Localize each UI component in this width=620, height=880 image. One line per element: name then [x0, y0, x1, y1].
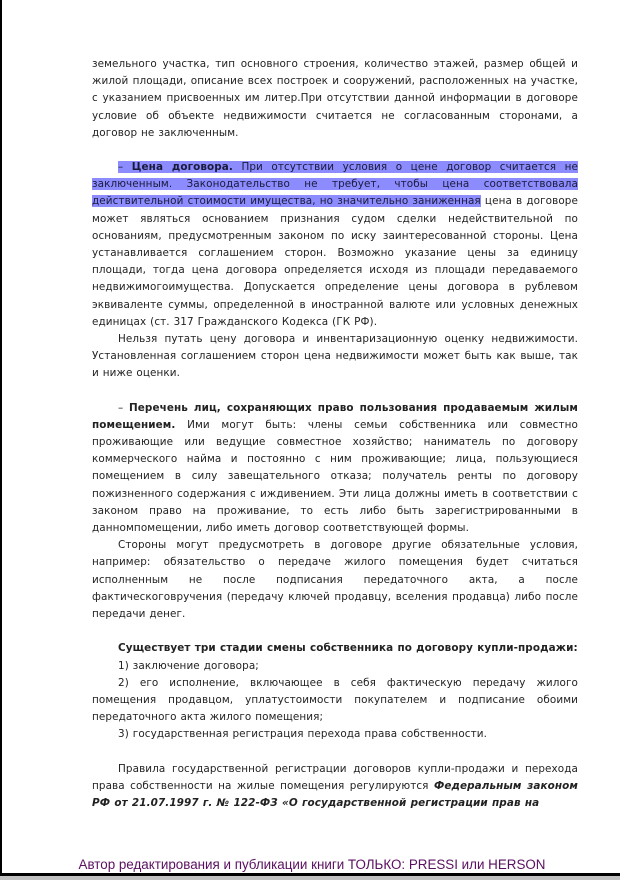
list-dash: –: [118, 402, 129, 414]
document-page: земельного участка, тип основного строен…: [0, 0, 620, 876]
stage-item-2: 2) его исполнение, включающее в себя фак…: [92, 675, 578, 727]
list-dash: –: [118, 161, 132, 173]
paragraph-inventory-valuation: Нельзя путать цену договора и инвентариз…: [92, 331, 578, 383]
paragraph-persons-list: – Перечень лиц, сохраняющих право пользо…: [92, 400, 578, 538]
document-body: земельного участка, тип основного строен…: [92, 56, 578, 812]
spacer: [92, 142, 578, 159]
paragraph-other-conditions: Стороны могут предусмотреть в договоре д…: [92, 537, 578, 623]
stage-item-3: 3) государственная регистрация перехода …: [92, 726, 578, 743]
spacer: [92, 623, 578, 640]
paragraph-contract-price: – Цена договора. При отсутствии условия …: [92, 159, 578, 331]
price-body-text: цена в договоре может являться основание…: [92, 195, 578, 327]
stage-item-1: 1) заключение договора;: [92, 658, 578, 675]
spacer: [92, 383, 578, 400]
paragraph-land-plot: земельного участка, тип основного строен…: [92, 56, 578, 142]
section-title-price: Цена договора.: [132, 161, 233, 173]
persons-body-text: Ими могут быть: члены семьи собственника…: [92, 419, 578, 534]
paragraph-registration-rules: Правила государственной регистрации дого…: [92, 761, 578, 813]
stages-heading: Существует три стадии смены собственника…: [92, 640, 578, 657]
page-footer: Автор редактирования и публикации книги …: [2, 857, 620, 873]
page-bottom-band: [0, 876, 620, 880]
spacer: [92, 744, 578, 761]
